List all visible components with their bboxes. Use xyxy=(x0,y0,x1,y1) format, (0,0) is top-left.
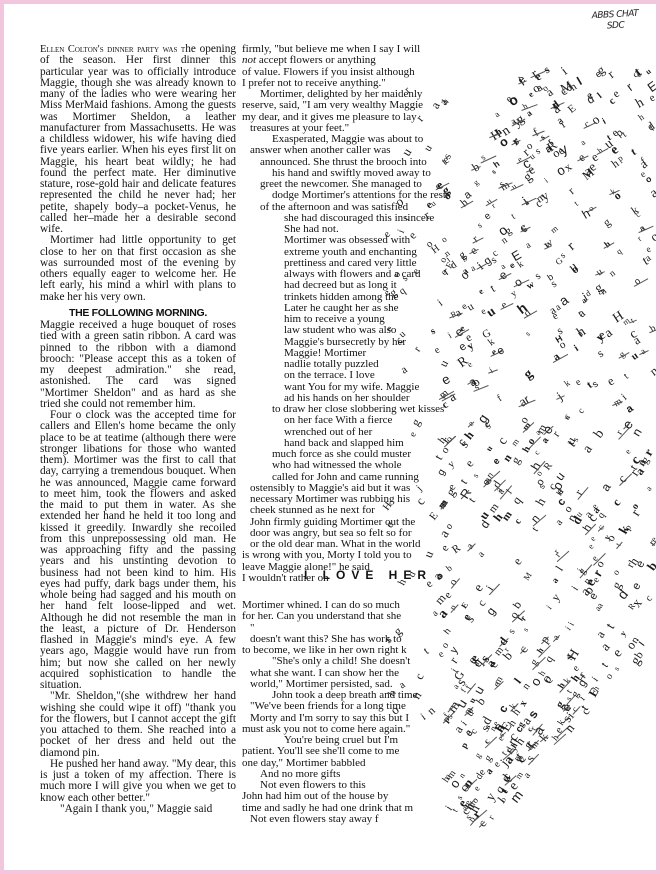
scattered-letter: e xyxy=(457,341,469,354)
scattered-letter: s xyxy=(456,677,468,687)
scattered-letter: p xyxy=(459,740,471,750)
scattered-letter: d xyxy=(500,773,513,784)
scattered-letter: a xyxy=(532,427,543,437)
scattered-letter: b xyxy=(474,696,486,707)
scattered-letter: e xyxy=(550,311,560,323)
scattered-letter: a xyxy=(470,659,482,669)
scattered-letter: s xyxy=(519,223,529,235)
scattered-letter: M xyxy=(559,80,574,95)
scattered-letter: n xyxy=(499,124,511,137)
ink-smudge xyxy=(519,400,536,408)
scattered-letter: a xyxy=(643,253,653,265)
story-line: law student who was also xyxy=(242,325,452,336)
ink-smudge xyxy=(544,245,552,249)
scattered-letter: e xyxy=(491,719,502,729)
scattered-letter: s xyxy=(463,813,474,823)
ink-smudge xyxy=(524,310,538,318)
ink-smudge xyxy=(604,242,615,249)
scattered-letter: w xyxy=(542,236,555,250)
scattered-letter: a xyxy=(599,640,611,652)
scattered-letter: d xyxy=(584,288,593,300)
scattered-letter: c xyxy=(580,707,592,717)
handwritten-note: ABBS CHAT SDC xyxy=(591,9,639,33)
scattered-letter: n xyxy=(630,635,642,645)
scattered-letter: r xyxy=(573,488,584,497)
scattered-letter: o xyxy=(530,82,541,95)
scattered-letter: s xyxy=(596,347,606,359)
scattered-letter: y xyxy=(617,628,628,638)
scattered-letter: m xyxy=(499,179,512,193)
scattered-letter: i xyxy=(575,566,586,574)
scattered-letter: g xyxy=(472,751,483,761)
paragraph: Maggie received a huge bouquet of roses … xyxy=(40,320,236,410)
scattered-letter: m xyxy=(508,789,524,805)
scattered-letter: s xyxy=(611,664,622,673)
scattered-letter: m xyxy=(611,396,623,409)
scattered-letter: e xyxy=(515,154,524,165)
scattered-letter: t xyxy=(565,439,576,449)
scattered-letter: g xyxy=(523,739,535,750)
section-heading: THE FOLLOWING MORNING. xyxy=(40,308,236,319)
ink-smudge xyxy=(516,157,530,165)
scattered-letter: a xyxy=(594,601,605,610)
ink-smudge xyxy=(556,551,569,562)
scattered-letter: q xyxy=(471,657,484,669)
scattered-letter: s xyxy=(543,64,553,76)
scattered-letter: e xyxy=(462,798,473,807)
scattered-letter: R xyxy=(458,487,472,501)
scattered-letter: e xyxy=(492,760,503,770)
ink-smudge xyxy=(471,166,480,171)
paragraph: Mortimer had little opportunity to get c… xyxy=(40,235,236,303)
scattered-letter: g xyxy=(457,249,468,261)
scattered-letter: g xyxy=(458,251,469,262)
scattered-letter: o xyxy=(497,224,510,237)
scattered-letter: m xyxy=(501,509,515,523)
scattered-letter: t xyxy=(581,704,592,713)
scattered-letter: a xyxy=(637,222,647,234)
ink-smudge xyxy=(650,328,656,333)
ink-smudge xyxy=(639,350,649,355)
paragraph: He pushed her hand away. "My dear, this … xyxy=(40,759,236,804)
scattered-letter: a xyxy=(625,403,636,415)
scattered-letter: n xyxy=(568,81,579,93)
spacer xyxy=(242,584,452,600)
scattered-letter: G xyxy=(452,668,466,681)
scattered-letter: a xyxy=(462,727,474,738)
scattered-letter: s xyxy=(524,754,536,764)
scattered-letter: s xyxy=(472,382,481,393)
scattered-letter: n xyxy=(501,453,514,464)
scattered-letter: c xyxy=(558,86,569,98)
scattered-letter: a xyxy=(554,517,566,527)
scattered-letter: c xyxy=(633,209,642,220)
ink-smudge xyxy=(510,704,518,712)
scattered-letter: e xyxy=(504,94,515,105)
scattered-letter: a xyxy=(521,770,532,780)
scattered-letter: r xyxy=(513,612,525,622)
scattered-letter: y xyxy=(484,791,497,803)
scattered-letter: o xyxy=(554,164,566,177)
scattered-letter: n xyxy=(462,778,475,790)
scattered-letter: u xyxy=(643,66,653,77)
scattered-letter: c xyxy=(518,645,530,655)
scattered-letter: g xyxy=(617,349,627,360)
scattered-letter: n xyxy=(456,771,467,781)
scattered-letter: e xyxy=(502,774,513,784)
scattered-letter: e xyxy=(596,329,607,341)
ink-smudge xyxy=(529,436,541,448)
scattered-letter: s xyxy=(570,435,581,444)
scattered-letter: d xyxy=(522,307,533,319)
scattered-letter: e xyxy=(557,146,567,158)
scattered-letter: k xyxy=(629,204,640,216)
scattered-letter: e xyxy=(586,541,597,551)
scattered-letter: c xyxy=(627,328,638,340)
scattered-letter: w xyxy=(561,702,574,714)
scattered-letter: i xyxy=(601,116,609,127)
scattered-letter: e xyxy=(584,89,595,101)
scattered-letter: e xyxy=(571,664,582,674)
story-line: dodge Mortimer's attentions for the rest xyxy=(242,190,452,201)
scattered-letter: a xyxy=(454,308,464,320)
scattered-letter: c xyxy=(531,448,542,457)
ink-smudge xyxy=(593,554,606,567)
scattered-letter: s xyxy=(533,270,543,281)
scattered-letter: s xyxy=(560,713,572,723)
scattered-letter: g xyxy=(576,566,588,576)
i-love-her-heading: I LOVE HER xyxy=(304,568,432,582)
ink-smudge xyxy=(550,102,564,109)
scattered-letter: e xyxy=(555,486,567,496)
scattered-letter: g xyxy=(529,657,541,668)
scattered-letter: h xyxy=(463,429,476,441)
ink-smudge xyxy=(563,716,570,723)
scattered-letter: r xyxy=(577,670,588,679)
scattered-letter: t xyxy=(458,477,469,486)
scattered-letter: h xyxy=(507,718,519,728)
scattered-letter: c xyxy=(582,119,592,131)
scattered-letter: e xyxy=(623,446,634,456)
scattered-letter: y xyxy=(602,532,613,542)
scattered-letter: r xyxy=(546,137,556,148)
scattered-letter: s xyxy=(538,132,548,143)
scattered-letter: f xyxy=(647,123,656,133)
scattered-letter: g xyxy=(483,753,495,764)
scattered-letter: k xyxy=(617,523,630,535)
scattered-letter: h xyxy=(493,126,504,138)
story-line: cheek stunned as he next for xyxy=(242,505,452,516)
scattered-letter: a xyxy=(492,109,502,120)
ink-smudge xyxy=(500,638,509,647)
paragraph-text: he opening of the season. Her first dinn… xyxy=(40,43,236,235)
scattered-letter: i xyxy=(563,625,574,633)
scattered-letter: s xyxy=(512,136,521,147)
ink-smudge xyxy=(563,705,570,712)
scattered-letter: o xyxy=(586,203,596,214)
scattered-letter: o xyxy=(471,376,483,388)
scattered-letter: a xyxy=(460,266,471,278)
ink-smudge xyxy=(534,460,546,473)
scattered-letter: o xyxy=(465,706,477,716)
scattered-letter: g xyxy=(510,455,522,466)
story-line: who had witnessed the whole xyxy=(242,460,452,471)
ink-smudge xyxy=(595,272,604,276)
scattered-letter: e xyxy=(534,71,544,83)
scattered-letter: a xyxy=(522,196,531,207)
ink-smudge xyxy=(488,369,498,373)
scattered-letter: a xyxy=(496,487,508,496)
scattered-letter: r xyxy=(489,200,497,211)
scattered-letter: s xyxy=(565,79,574,90)
scattered-letter: m xyxy=(509,437,522,449)
scattered-letter: u xyxy=(527,151,537,162)
scattered-letter: E xyxy=(510,248,523,262)
scattered-letter: E xyxy=(504,746,516,756)
scattered-letter: r xyxy=(510,135,521,147)
ink-smudge xyxy=(489,583,500,594)
scattered-letter: s xyxy=(454,793,465,802)
scattered-letter: p xyxy=(622,522,634,532)
scattered-letter: i xyxy=(558,119,567,130)
scattered-letter: m xyxy=(529,740,542,753)
scattered-letter: s xyxy=(564,694,575,702)
scattered-letter: n xyxy=(575,327,585,338)
scattered-letter: t xyxy=(564,688,575,696)
scattered-letter: e xyxy=(504,774,516,784)
scattered-letter: a xyxy=(603,326,614,338)
scattered-letter: h xyxy=(534,496,547,507)
scattered-letter: d xyxy=(480,715,493,726)
scattered-letter: o xyxy=(507,94,520,108)
scattered-letter: e xyxy=(457,798,469,809)
scattered-letter: a xyxy=(637,457,649,468)
ink-smudge xyxy=(583,122,596,129)
scattered-letter: y xyxy=(594,331,606,343)
scattered-letter: c xyxy=(507,731,519,743)
scattered-letter: d xyxy=(466,800,477,810)
scattered-letter: n xyxy=(567,513,579,524)
ink-smudge xyxy=(476,263,486,269)
scattered-letter: e xyxy=(495,734,506,743)
scattered-letter: o xyxy=(466,814,478,823)
scattered-letter: n xyxy=(631,427,644,439)
ink-smudge xyxy=(500,303,513,310)
scattered-letter: a xyxy=(553,302,563,313)
scattered-letter: a xyxy=(583,165,594,177)
scattered-letter: H xyxy=(554,487,567,498)
scattered-letter: e xyxy=(541,424,554,437)
scattered-letter: i xyxy=(517,76,525,87)
scattered-letter: e xyxy=(525,163,536,175)
scattered-letter: a xyxy=(462,190,473,202)
scattered-letter: a xyxy=(550,102,561,115)
scattered-letter: i xyxy=(459,719,469,728)
scattered-letter: p xyxy=(615,152,625,164)
scattered-letter: H xyxy=(553,333,564,346)
scattered-letter: e xyxy=(594,68,605,80)
ink-smudge xyxy=(553,635,560,642)
scattered-letter: e xyxy=(553,725,565,735)
scattered-letter: c xyxy=(564,83,574,95)
ink-smudge xyxy=(609,190,620,195)
scattered-letter: m xyxy=(462,705,475,717)
ink-smudge xyxy=(467,683,476,693)
scattered-letter: a xyxy=(498,261,508,272)
scattered-letter: o xyxy=(604,671,616,681)
scattered-letter: a xyxy=(540,435,552,445)
scattered-letter: e xyxy=(463,331,473,343)
scattered-letter: o xyxy=(558,339,568,351)
scattered-letter: c xyxy=(616,473,628,484)
scattered-letter: c xyxy=(498,704,511,715)
scattered-letter: a xyxy=(579,295,588,306)
scattered-letter: j xyxy=(556,391,565,402)
scattered-letter: r xyxy=(635,233,644,244)
scattered-letter: b xyxy=(501,650,514,662)
scattered-letter: g xyxy=(553,699,565,710)
scattered-letter: y xyxy=(508,744,520,754)
ink-smudge xyxy=(470,815,479,826)
scattered-letter: i xyxy=(544,603,554,612)
scattered-letter: s xyxy=(497,179,506,190)
scattered-letter: t xyxy=(630,147,639,158)
ink-smudge xyxy=(577,155,588,161)
ink-smudge xyxy=(498,183,512,190)
scattered-letter: R xyxy=(546,140,559,154)
scattered-letter: o xyxy=(519,415,531,426)
scattered-letter: h xyxy=(627,556,640,567)
scattered-letter: s xyxy=(483,723,494,732)
scattered-letter: t xyxy=(572,198,581,208)
scattered-letter: m xyxy=(520,420,533,433)
scattered-letter: a xyxy=(453,725,465,736)
scattered-letter: s xyxy=(489,254,499,265)
ink-smudge xyxy=(540,734,549,741)
scattered-letter: a xyxy=(532,724,545,736)
scattered-letter: o xyxy=(562,504,574,515)
scattered-letter: e xyxy=(586,161,597,173)
scattered-letter: y xyxy=(509,288,519,300)
scattered-letter: k xyxy=(556,718,568,728)
scattered-letter: i xyxy=(474,260,484,271)
ink-smudge xyxy=(467,380,474,385)
scattered-letter: h xyxy=(556,681,568,691)
scattered-letter: r xyxy=(576,309,585,320)
ink-smudge xyxy=(532,131,544,137)
scattered-letter: c xyxy=(520,157,531,170)
ink-smudge xyxy=(499,732,506,739)
scattered-letter: c xyxy=(468,727,480,736)
story-line: answer when another caller was xyxy=(242,145,452,156)
scattered-letter: a xyxy=(583,509,595,520)
ink-smudge xyxy=(518,81,526,85)
scattered-letter: d xyxy=(645,121,656,133)
scattered-letter: t xyxy=(489,283,497,294)
scattered-letter: d xyxy=(616,588,629,601)
scattered-letter: a xyxy=(464,542,476,552)
scattered-letter: g xyxy=(515,113,526,126)
story-line: had decreed but as long it xyxy=(242,280,452,291)
scattered-letter: d xyxy=(571,514,584,526)
scattered-letter: r xyxy=(523,394,532,405)
scattered-letter: h xyxy=(459,198,470,210)
scattered-letter: i xyxy=(581,291,590,302)
scattered-letter: r xyxy=(567,186,577,197)
scattered-letter: q xyxy=(596,511,608,521)
scattered-letter: s xyxy=(496,730,507,739)
scattered-letter: r xyxy=(525,740,537,750)
scattered-letter: b xyxy=(511,600,523,611)
scattered-letter: a xyxy=(591,505,603,516)
scattered-letter: e xyxy=(458,324,468,335)
ink-smudge xyxy=(521,227,532,233)
scattered-letter: k xyxy=(608,186,617,197)
ink-smudge xyxy=(505,775,517,785)
scattered-letter: e xyxy=(588,591,601,602)
scattered-letter: o xyxy=(469,795,480,805)
scattered-letter: H xyxy=(566,648,581,662)
ink-smudge xyxy=(485,199,497,206)
ink-smudge xyxy=(488,470,501,481)
scattered-letter: e xyxy=(469,654,481,665)
scattered-letter: o xyxy=(513,276,525,289)
ink-smudge xyxy=(572,706,580,715)
scattered-letter: h xyxy=(464,801,476,812)
scattered-letter: c xyxy=(547,481,559,492)
scattered-letter: k xyxy=(486,337,497,349)
scattered-letter: x xyxy=(562,162,574,174)
scattered-letter: m xyxy=(534,192,548,206)
scattered-letter: a xyxy=(594,629,606,640)
scattered-letter: w xyxy=(524,279,536,292)
scattered-letter: s xyxy=(520,625,531,634)
ink-smudge xyxy=(467,421,474,427)
scattered-letter: h xyxy=(590,683,601,693)
scattered-letter: g xyxy=(601,217,612,229)
scattered-letter: b xyxy=(634,650,646,661)
scattered-letter: f xyxy=(495,393,504,404)
scattered-letter: u xyxy=(478,509,491,521)
scattered-letter: r xyxy=(549,98,560,110)
ink-smudge xyxy=(539,645,552,658)
scattered-letter: i xyxy=(565,711,576,721)
story-line: "We've been friends for a long time xyxy=(242,701,452,712)
scattered-letter: a xyxy=(577,308,588,320)
scattered-letter: u xyxy=(455,698,468,710)
scattered-letter: y xyxy=(550,592,562,603)
scattered-letter: e xyxy=(576,151,587,163)
scattered-letter: g xyxy=(610,580,623,591)
scattered-letter: r xyxy=(521,147,531,158)
story-line: Mortimer was obsessed with xyxy=(242,235,452,246)
scattered-letter: u xyxy=(595,267,605,279)
scattered-letter: r xyxy=(471,809,483,820)
ink-smudge xyxy=(467,544,476,552)
ink-smudge xyxy=(503,749,516,761)
ink-smudge xyxy=(567,694,576,704)
ink-smudge xyxy=(557,395,566,400)
ink-smudge xyxy=(532,515,546,527)
ink-smudge xyxy=(500,486,512,500)
scattered-letter: o xyxy=(649,230,656,243)
scattered-letter: e xyxy=(634,69,643,80)
ink-smudge xyxy=(483,480,491,488)
scattered-letter: n xyxy=(512,754,524,764)
scattered-letter: t xyxy=(509,211,517,222)
scattered-letter: c xyxy=(502,771,514,781)
scattered-letter: u xyxy=(564,435,577,446)
